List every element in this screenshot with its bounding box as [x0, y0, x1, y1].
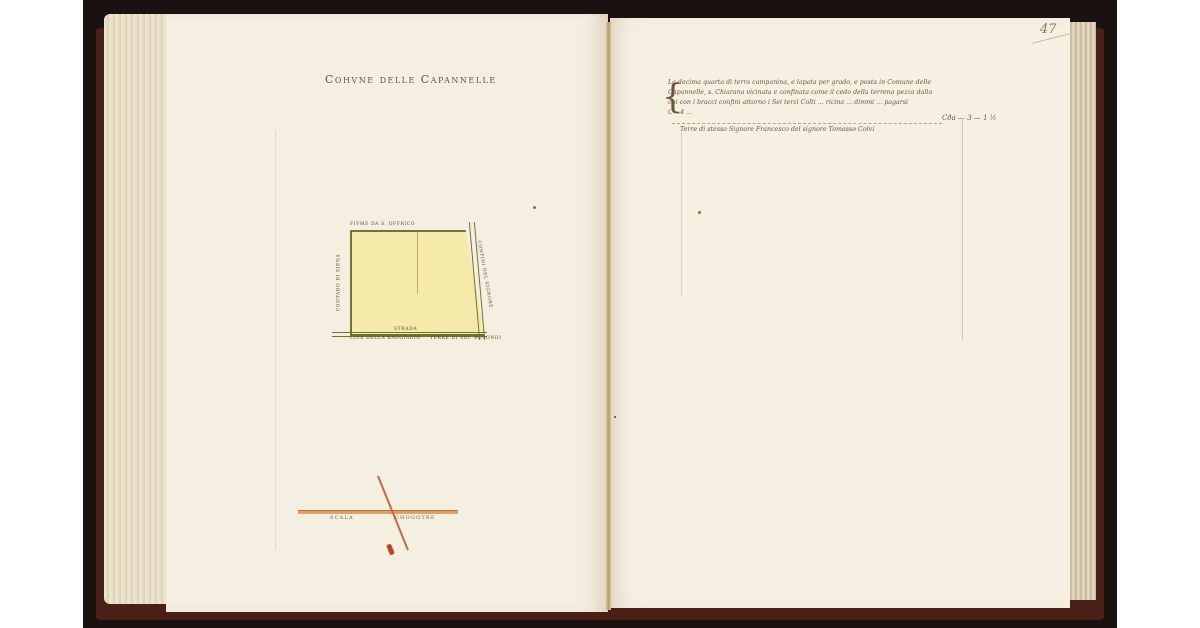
map-label-left: CONTADO DI SIENA — [336, 254, 341, 312]
book-gutter — [606, 22, 611, 610]
paper-stain — [533, 206, 536, 209]
parcel-division-line — [417, 232, 418, 294]
map-label-top: FIVME DA S. OFFRICO — [350, 222, 415, 227]
owner-line: Terre di stesso Signore Francesco del si… — [680, 126, 874, 133]
entry-line: C~ 4 ... — [668, 108, 988, 118]
map-label-road: STRADA — [394, 327, 417, 332]
scale-bar — [298, 510, 458, 514]
estate-map: FIVME DA S. OFFRICO CONTADO DI SIENA CON… — [332, 222, 492, 342]
paper-stain — [614, 416, 616, 418]
map-title: Cohvne delle Capannelle — [325, 73, 497, 86]
scale-label-right: CHOGOTRE — [395, 515, 436, 521]
page-edges-right — [1068, 22, 1096, 600]
entry-line: Capannelle, s. Chiarana vicinata e confi… — [668, 88, 988, 98]
left-margin-rule — [275, 130, 276, 550]
map-label-bottom-right: TERRE DI SIG. ROTONDI — [430, 336, 501, 341]
field-parcel — [350, 230, 486, 336]
right-page-rule-right — [962, 118, 963, 340]
entry-line: La decima quarta di terra campanina, e l… — [668, 78, 988, 88]
entry-text: La decima quarta di terra campanina, e l… — [668, 78, 988, 118]
entry-line: cui con i bracci confini attorno i Sei t… — [668, 98, 988, 108]
folio-number: 47 — [1040, 22, 1057, 37]
paper-stain — [698, 211, 701, 214]
page-edges-left — [104, 14, 170, 604]
entry-measure: Cða — 3 — 1 ½ — [942, 114, 997, 122]
map-label-bottom: CIVE DELLA RAGGIADIO — [350, 336, 421, 341]
scale-label-left: SCALA — [330, 515, 354, 521]
entry-dashed-rule — [672, 123, 942, 125]
right-page-rule-left — [681, 132, 682, 297]
